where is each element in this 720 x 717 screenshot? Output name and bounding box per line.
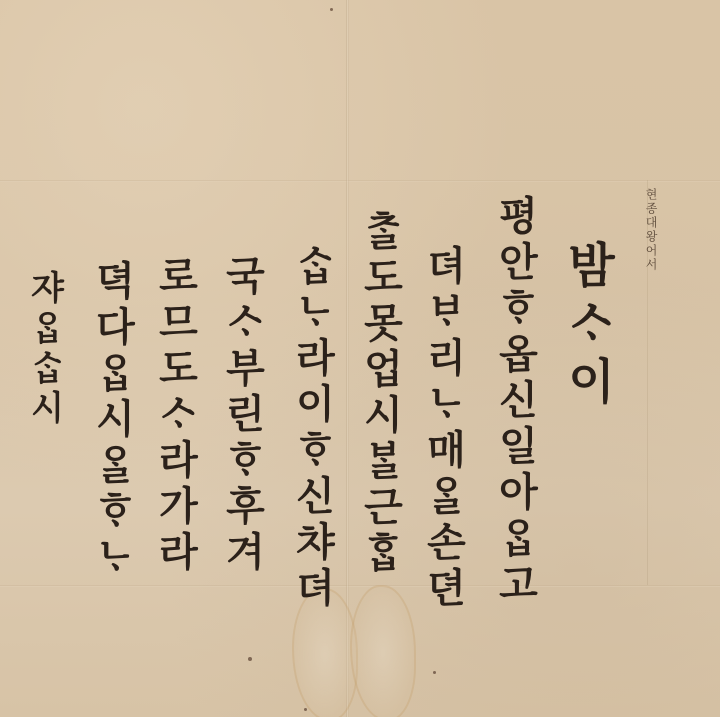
ink-speck [304, 708, 307, 711]
text-column-3: 뎌ᄇᆞ리ᄂᆞ매ᄋᆞᆯ손뎐 [423, 244, 463, 613]
text-column-8: 뎍다ᄋᆞᆸ시ᄋᆞᆯᄒᆞᄂᆞ [92, 259, 132, 582]
water-stain-right [350, 585, 416, 717]
horizontal-fold-top [0, 180, 720, 182]
document-paper: 현종대왕어서 밤ᄉᆞ이 평안ᄒᆞ옵신일아ᄋᆞᆸ고 뎌ᄇᆞ리ᄂᆞ매ᄋᆞᆯ손뎐 ᄎᆞ… [0, 0, 720, 717]
horizontal-fold-bottom [0, 585, 720, 587]
text-column-5: ᄉᆞᆸᄂᆞ라이ᄒᆞ신챠뎌 [292, 244, 332, 613]
ink-speck [433, 671, 436, 674]
text-column-2: 평안ᄒᆞ옵신일아ᄋᆞᆸ고 [495, 194, 535, 609]
ink-speck [330, 8, 333, 11]
text-column-7: 로므도ᄉᆞ라가라 [155, 254, 195, 577]
ink-speck [248, 657, 252, 661]
text-column-4: ᄎᆞᆯ도못업시ᄇᆞᆯ근ᄒᆞᆸ [360, 209, 400, 578]
text-column-1: 밤ᄉᆞ이 [563, 240, 611, 414]
text-column-9-signature: 쟈ᄋᆞᆸᄉᆞᆸ시 [27, 269, 61, 430]
annotation-label: 현종대왕어서 [645, 188, 657, 272]
text-column-6: 국ᄉᆞ부린ᄒᆞ후겨 [222, 254, 262, 577]
